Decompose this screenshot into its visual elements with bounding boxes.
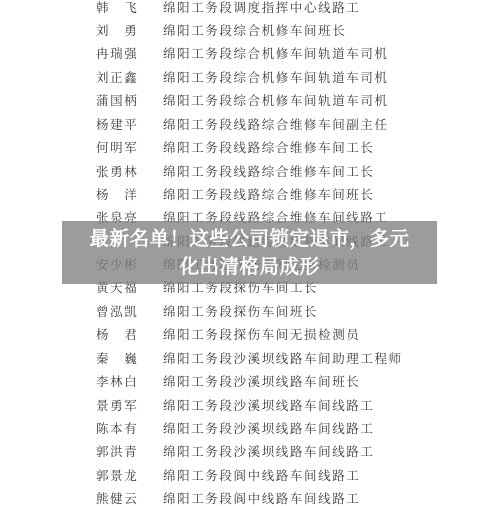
job-title: 绵阳工务段阆中线路车间线路工: [163, 489, 360, 506]
list-item: 曾泓凯绵阳工务段探伤车间班长: [0, 299, 500, 322]
list-item: 张勇林绵阳工务段线路综合维修车间工长: [0, 159, 500, 182]
person-name: 郭景龙: [96, 466, 138, 484]
headline-banner[interactable]: 最新名单！这些公司锁定退市，多元 化出清格局成形: [62, 221, 437, 284]
job-title: 绵阳工务段综合机修车间轨道车司机: [163, 91, 389, 109]
list-item: 刘 勇绵阳工务段综合机修车间班长: [0, 18, 500, 41]
list-item: 杨 君绵阳工务段探伤车间无损检测员: [0, 322, 500, 345]
job-title: 绵阳工务段沙溪坝线路车间线路工: [163, 419, 375, 437]
person-name: 杨 洋: [96, 185, 138, 203]
list-item: 刘正鑫绵阳工务段综合机修车间轨道车司机: [0, 65, 500, 88]
list-item: 杨 洋绵阳工务段线路综合维修车间班长: [0, 182, 500, 205]
job-title: 绵阳工务段综合机修车间轨道车司机: [163, 68, 389, 86]
person-name: 张勇林: [96, 162, 138, 180]
list-item: 冉瑞强绵阳工务段综合机修车间轨道车司机: [0, 41, 500, 64]
list-item: 陈本有绵阳工务段沙溪坝线路车间线路工: [0, 416, 500, 439]
job-title: 绵阳工务段线路综合维修车间工长: [163, 138, 375, 156]
job-title: 绵阳工务段探伤车间无损检测员: [163, 325, 360, 343]
job-title: 绵阳工务段线路综合维修车间工长: [163, 162, 375, 180]
headline-line-2: 化出清格局成形: [179, 253, 319, 281]
list-item: 韩 飞绵阳工务段调度指挥中心线路工: [0, 0, 500, 18]
job-title: 绵阳工务段线路综合维修车间副主任: [163, 115, 389, 133]
list-item: 景勇军绵阳工务段沙溪坝线路车间线路工: [0, 393, 500, 416]
list-item: 李林白绵阳工务段沙溪坝线路车间班长: [0, 369, 500, 392]
person-name: 何明军: [96, 138, 138, 156]
list-item: 熊健云绵阳工务段阆中线路车间线路工: [0, 486, 500, 506]
job-title: 绵阳工务段线路综合维修车间班长: [163, 185, 375, 203]
person-name: 杨 君: [96, 325, 138, 343]
person-name: 韩 飞: [96, 0, 138, 16]
person-name: 陈本有: [96, 419, 138, 437]
person-name: 熊健云: [96, 489, 138, 506]
job-title: 绵阳工务段沙溪坝线路车间助理工程师: [163, 349, 403, 367]
person-name: 景勇军: [96, 396, 138, 414]
person-name: 杨建平: [96, 115, 138, 133]
person-name: 冉瑞强: [96, 44, 138, 62]
job-title: 绵阳工务段沙溪坝线路车间线路工: [163, 396, 375, 414]
job-title: 绵阳工务段综合机修车间轨道车司机: [163, 44, 389, 62]
list-item: 秦 巍绵阳工务段沙溪坝线路车间助理工程师: [0, 346, 500, 369]
person-name: 蒲国柄: [96, 91, 138, 109]
job-title: 绵阳工务段综合机修车间班长: [163, 21, 346, 39]
person-name: 刘 勇: [96, 21, 138, 39]
job-title: 绵阳工务段探伤车间班长: [163, 302, 318, 320]
job-title: 绵阳工务段沙溪坝线路车间班长: [163, 372, 360, 390]
list-item: 何明军绵阳工务段线路综合维修车间工长: [0, 135, 500, 158]
job-title: 绵阳工务段沙溪坝线路车间线路工: [163, 442, 375, 460]
person-name: 郭洪青: [96, 442, 138, 460]
person-name: 曾泓凯: [96, 302, 138, 320]
person-name: 秦 巍: [96, 349, 138, 367]
job-title: 绵阳工务段阆中线路车间线路工: [163, 466, 360, 484]
list-item: 郭景龙绵阳工务段阆中线路车间线路工: [0, 463, 500, 486]
person-name: 刘正鑫: [96, 68, 138, 86]
list-item: 蒲国柄绵阳工务段综合机修车间轨道车司机: [0, 88, 500, 111]
person-name: 李林白: [96, 372, 138, 390]
list-item: 杨建平绵阳工务段线路综合维修车间副主任: [0, 112, 500, 135]
headline-line-1: 最新名单！这些公司锁定退市，多元: [89, 225, 409, 253]
list-item: 郭洪青绵阳工务段沙溪坝线路车间线路工: [0, 439, 500, 462]
job-title: 绵阳工务段调度指挥中心线路工: [163, 0, 360, 16]
